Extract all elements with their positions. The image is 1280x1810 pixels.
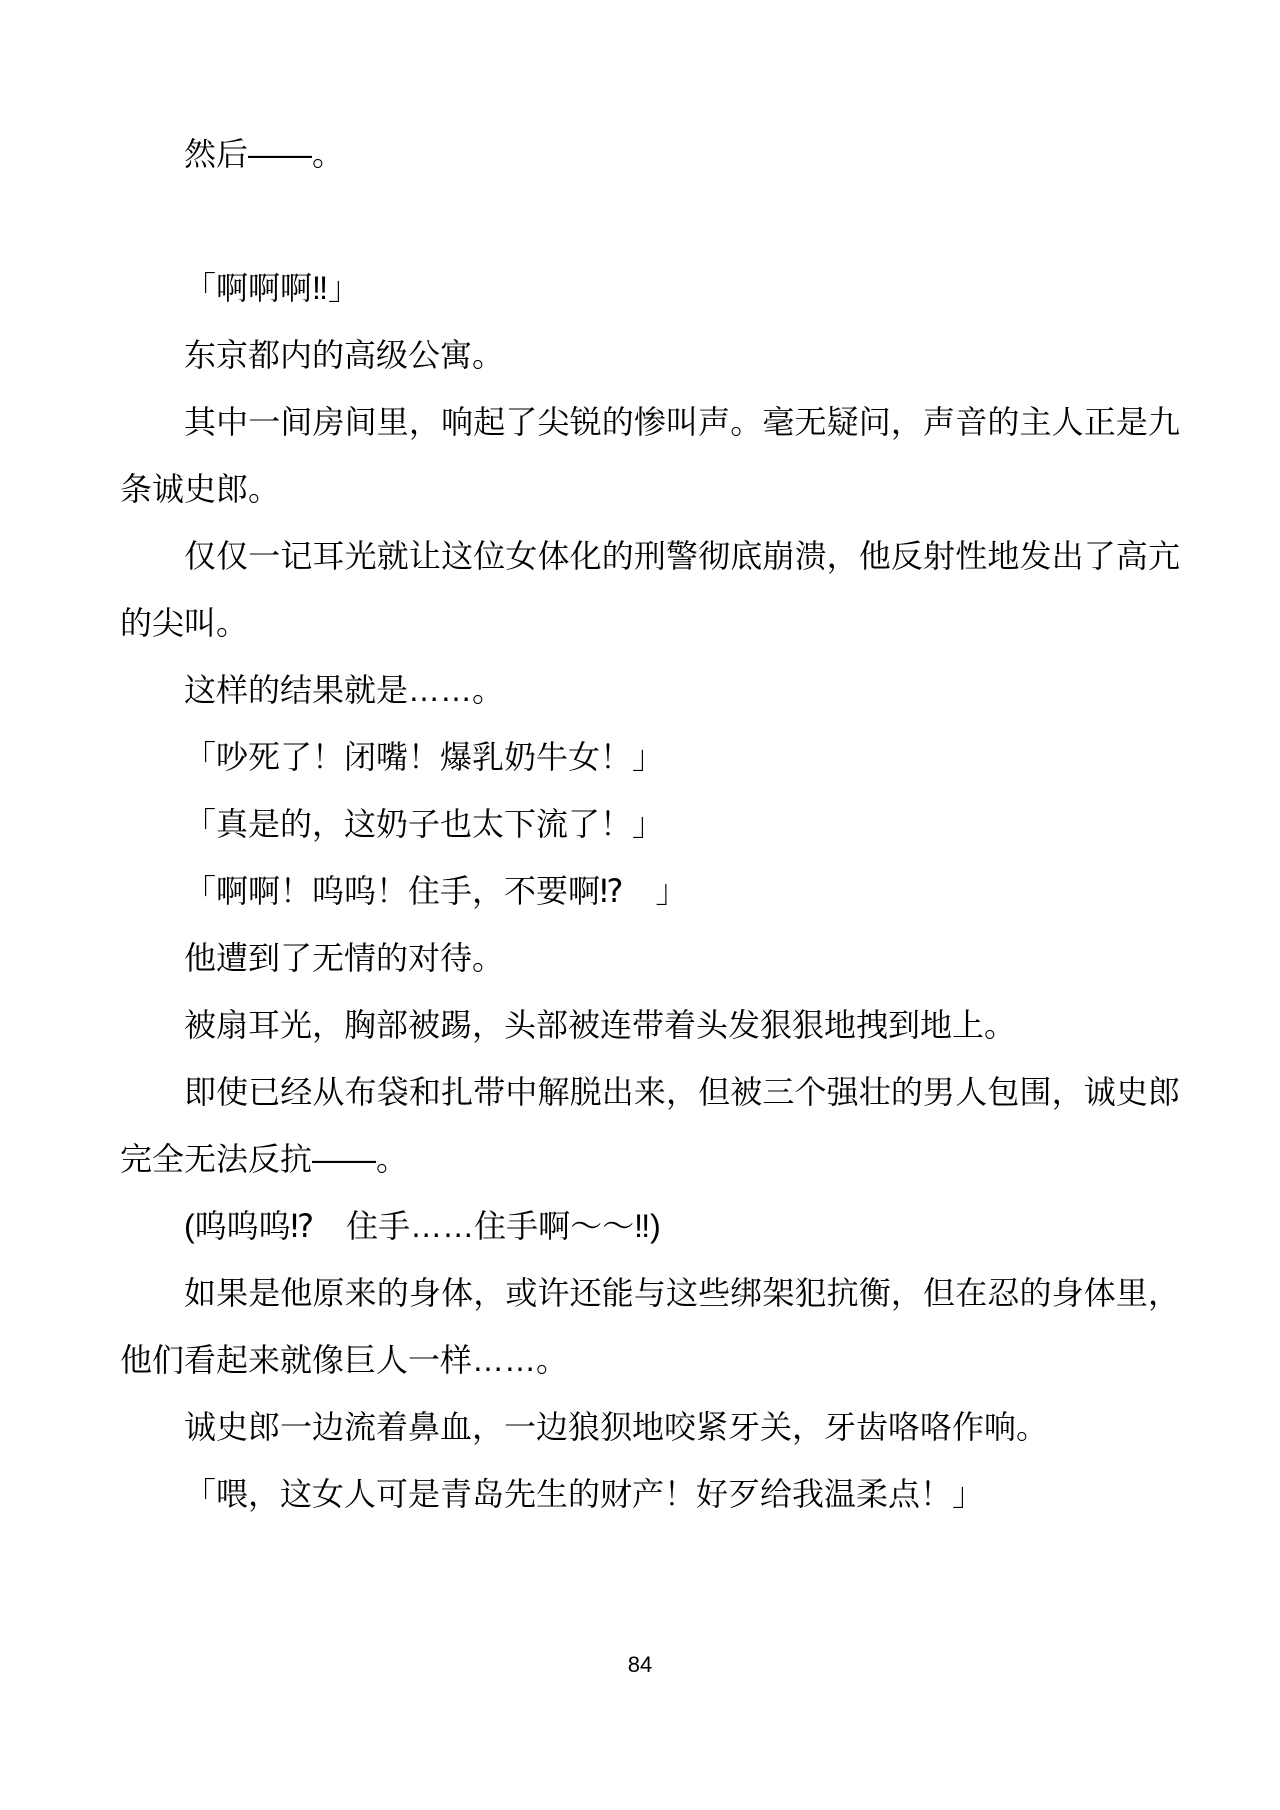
paragraph-nosebleed: 诚史郎一边流着鼻血，一边狼狈地咬紧牙关，牙齿咯咯作响。 [120,1394,1180,1461]
paragraph-beaten: 被扇耳光，胸部被踢，头部被连带着头发狠狠地拽到地上。 [120,992,1180,1059]
paragraph-room-scream: 其中一间房间里，响起了尖锐的惨叫声。毫无疑问，声音的主人正是九条诚史郎。 [120,389,1180,523]
paragraph-merciless: 他遭到了无情的对待。 [120,925,1180,992]
paragraph-dialogue-stop: 「啊啊！呜呜！住手，不要啊⁉ 」 [120,858,1180,925]
paragraph-original-body: 如果是他原来的身体，或许还能与这些绑架犯抗衡，但在忍的身体里，他们看起来就像巨人… [120,1260,1180,1394]
paragraph-dialogue-property: 「喂，这女人可是青岛先生的财产！好歹给我温柔点！」 [120,1461,1180,1528]
paragraph-result: 这样的结果就是……。 [120,657,1180,724]
blank-line [120,188,1180,255]
page-footer: 84 [0,1650,1280,1680]
document-page: 然后——。 「啊啊啊‼」 东京都内的高级公寓。 其中一间房间里，响起了尖锐的惨叫… [0,0,1280,1810]
paragraph-then: 然后——。 [120,121,1180,188]
paragraph-slap-collapse: 仅仅一记耳光就让这位女体化的刑警彻底崩溃，他反射性地发出了高亢的尖叫。 [120,523,1180,657]
paragraph-dialogue-shutup: 「吵死了！闭嘴！爆乳奶牛女！」 [120,724,1180,791]
paragraph-scream-dialogue: 「啊啊啊‼」 [120,255,1180,322]
paragraph-dialogue-vulgar: 「真是的，这奶子也太下流了！」 [120,791,1180,858]
paragraph-apartment: 东京都内的高级公寓。 [120,322,1180,389]
paragraph-inner-voice: (呜呜呜⁉ 住手……住手啊～～‼) [120,1193,1180,1260]
paragraph-surrounded: 即使已经从布袋和扎带中解脱出来，但被三个强壮的男人包围，诚史郎完全无法反抗——。 [120,1059,1180,1193]
page-number: 84 [628,1652,652,1677]
page-content: 然后——。 「啊啊啊‼」 东京都内的高级公寓。 其中一间房间里，响起了尖锐的惨叫… [120,121,1180,1528]
